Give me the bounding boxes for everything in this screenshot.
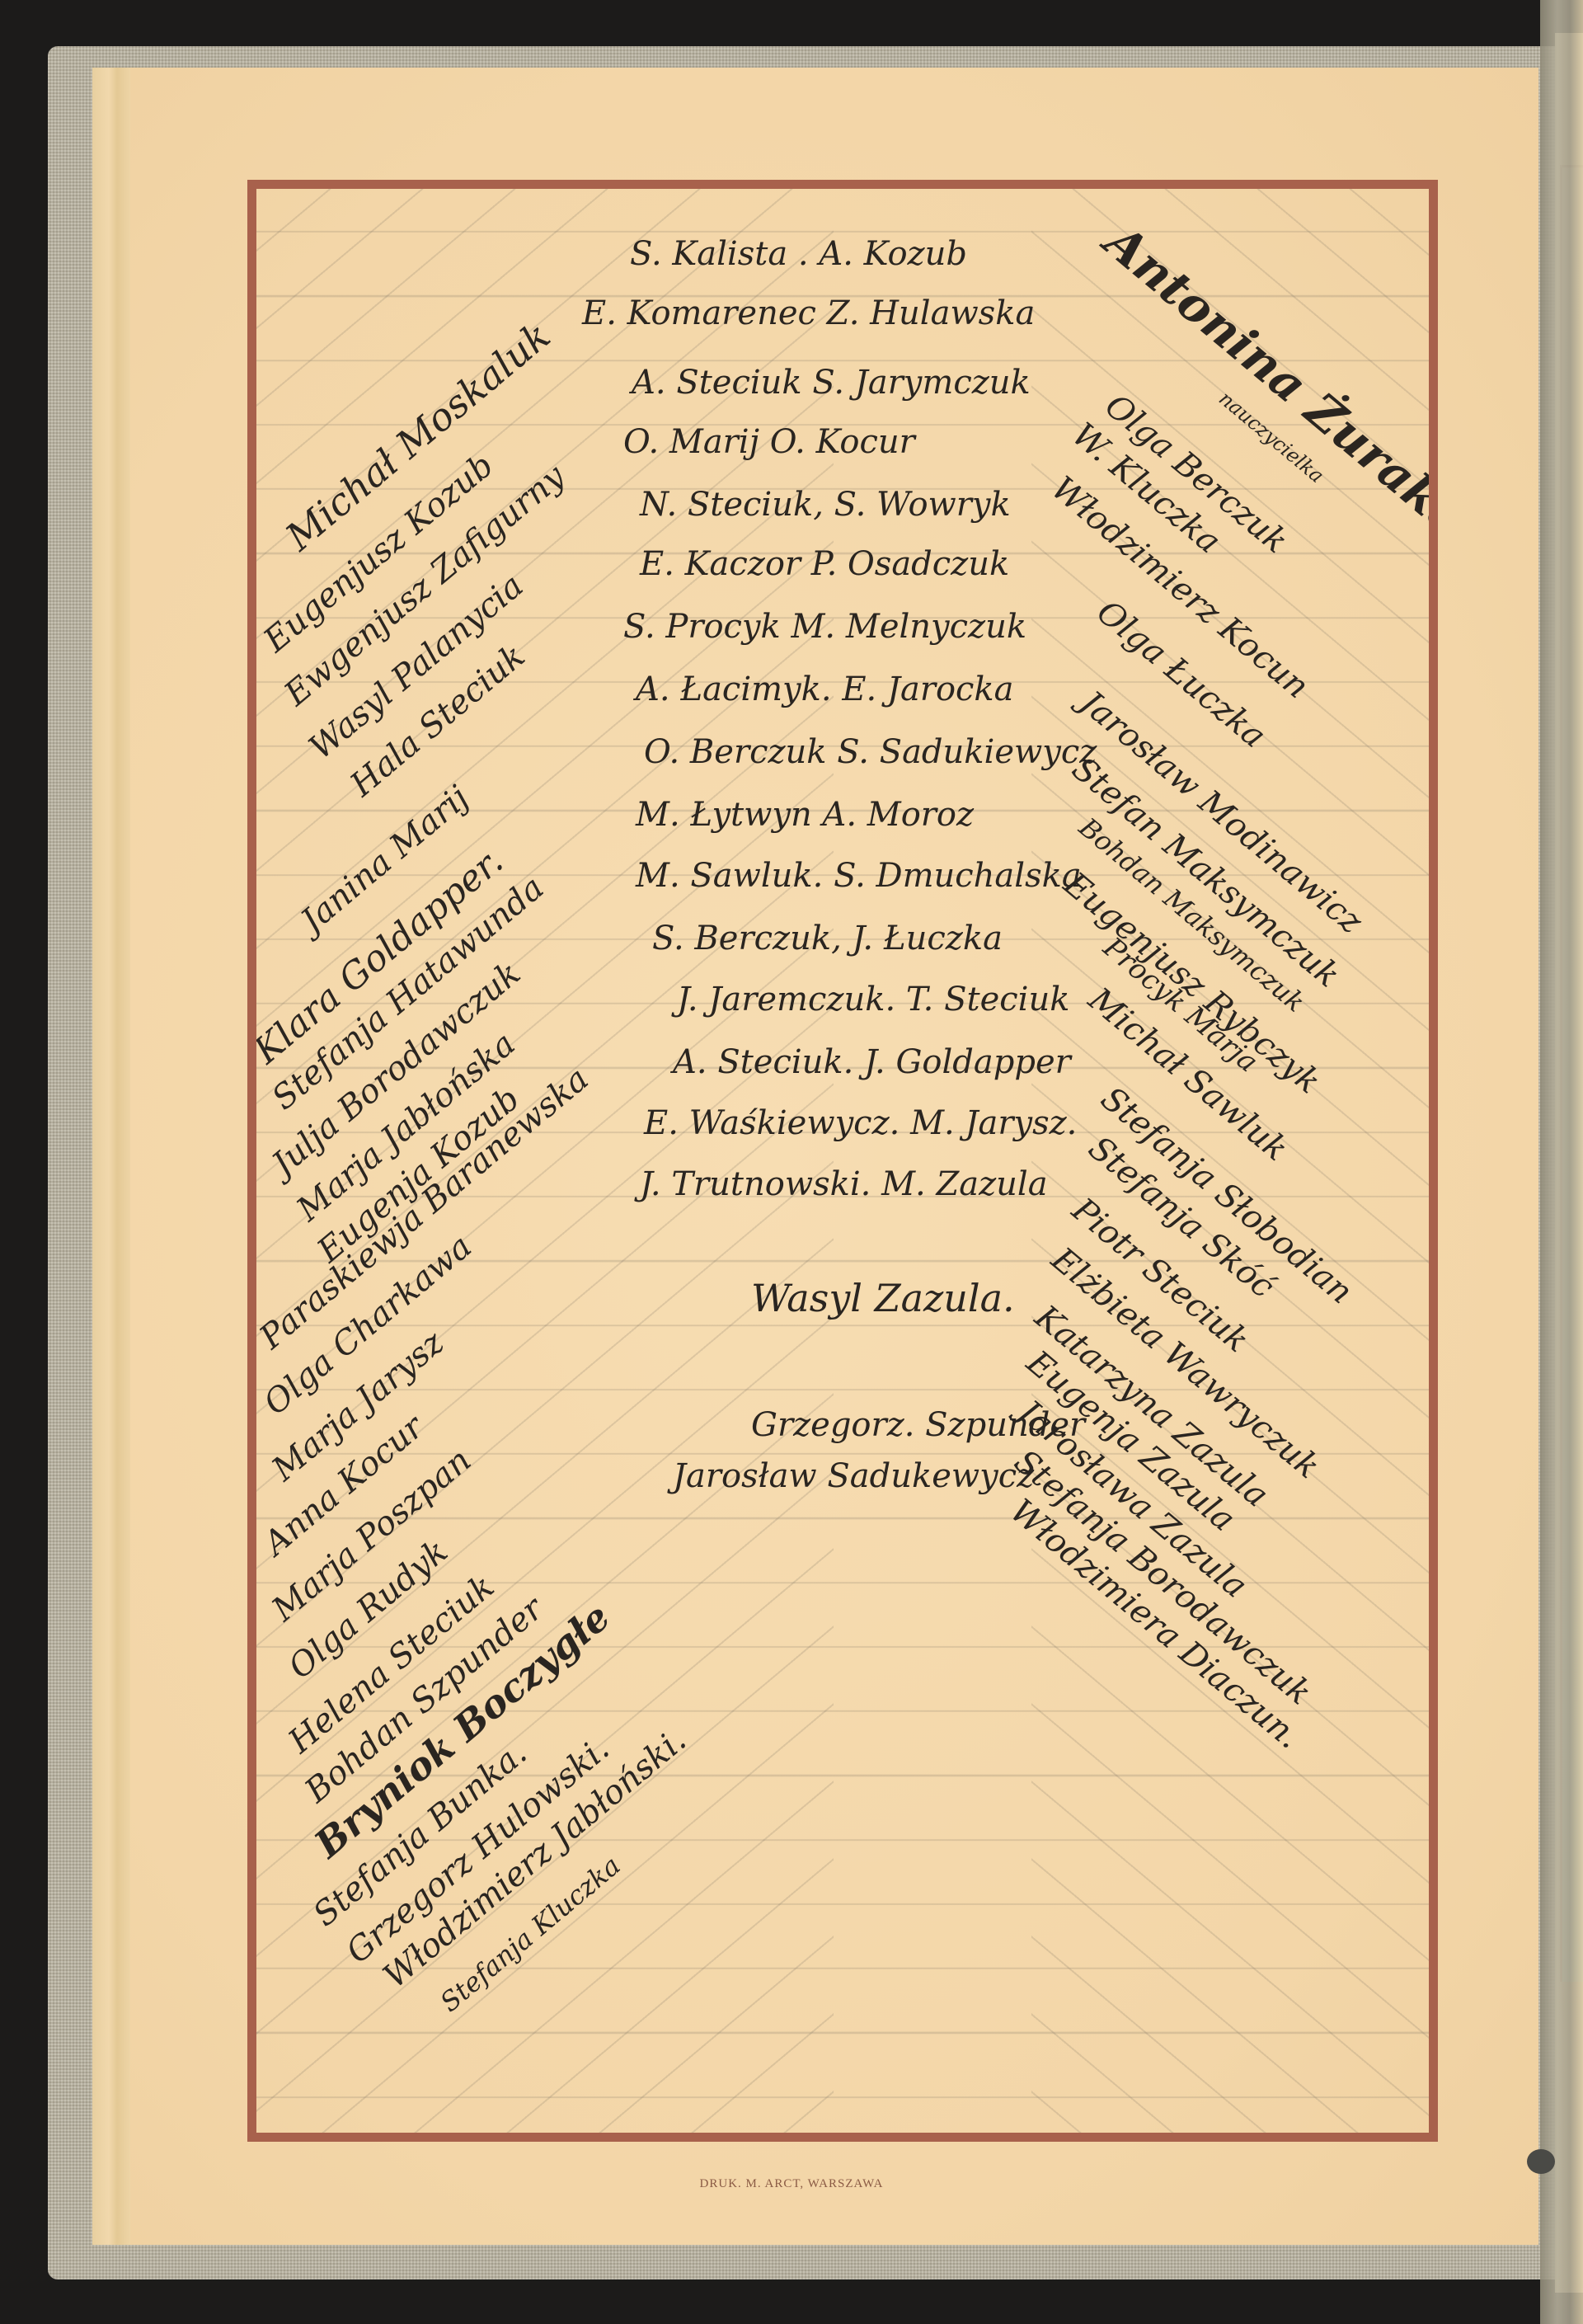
signature-line: J. Trutnowski. M. Zazula (640, 1165, 1048, 1203)
signature-area: S. Kalista . A. Kozub E. Komarenec Z. Hu… (256, 189, 1429, 2133)
signature-line: O. Berczuk S. Sadukiewycz (644, 733, 1097, 771)
signature-line: O. Marij O. Kocur (623, 423, 915, 461)
signature-line: J. Jaremczuk. T. Steciuk (677, 981, 1069, 1019)
page-edges (92, 68, 134, 2245)
signature-line: S. Kalista . A. Kozub (630, 235, 967, 273)
page-marker-dot (1527, 2149, 1555, 2174)
featured-signature: Wasyl Zazula. (751, 1276, 1015, 1320)
signature-line: M. Łytwyn A. Moroz (636, 796, 974, 834)
signature-line: E. Komarenec Z. Hulawska (582, 294, 1035, 332)
signature-line: A. Steciuk S. Jarymczuk (632, 364, 1031, 402)
signature-line: S. Berczuk, J. Łuczka (652, 920, 1003, 957)
signature-line: E. Waśkiewycz. M. Jarysz. (644, 1104, 1077, 1142)
printer-imprint: DRUK. M. ARCT, WARSZAWA (0, 2177, 1583, 2191)
signature-line: E. Kaczor P. Osadczuk (640, 545, 1009, 583)
book-gutter (1540, 0, 1583, 2324)
featured-signature: Jarosław Sadukewycz (673, 1457, 1034, 1495)
signature-line: N. Steciuk, S. Wowryk (640, 486, 1011, 524)
signature-line: A. Łacimyk. E. Jarocka (636, 670, 1014, 708)
signature-line: S. Procyk M. Melnyczuk (623, 608, 1026, 646)
signature-line: A. Steciuk. J. Goldapper (673, 1043, 1071, 1081)
signature-line: M. Sawluk. S. Dmuchalska (636, 857, 1082, 895)
